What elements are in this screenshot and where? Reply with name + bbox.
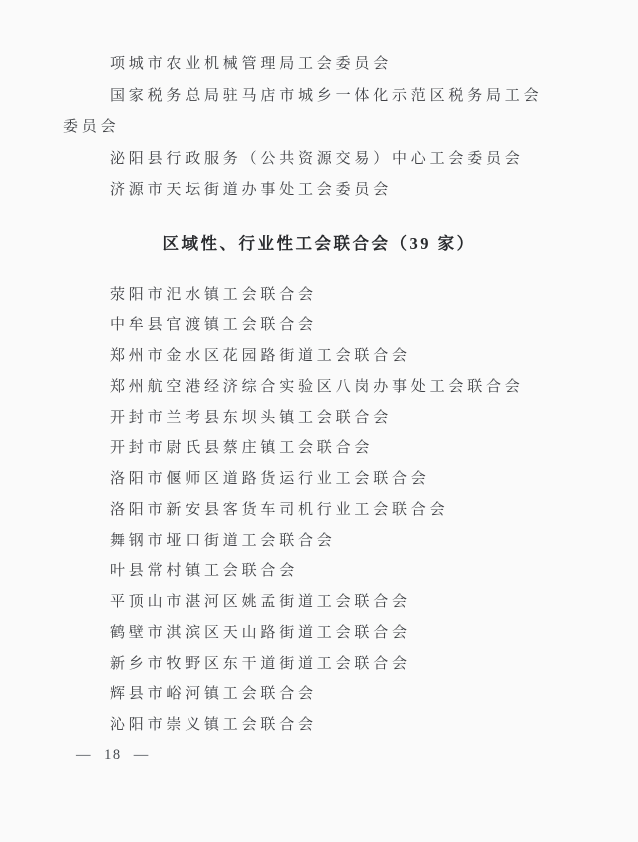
committee-item: 项城市农业机械管理局工会委员会 [63, 49, 575, 81]
federation-item: 辉县市峪河镇工会联合会 [63, 679, 575, 710]
federation-item: 叶县常村镇工会联合会 [63, 556, 575, 587]
page-number: — 18 — [76, 747, 150, 764]
federation-item: 平顶山市湛河区姚孟街道工会联合会 [63, 587, 575, 618]
federation-item: 洛阳市偃师区道路货运行业工会联合会 [63, 464, 575, 495]
federation-item: 郑州航空港经济综合实验区八岗办事处工会联合会 [63, 372, 575, 403]
federation-item: 中牟县官渡镇工会联合会 [63, 310, 575, 341]
federation-item: 洛阳市新安县客货车司机行业工会联合会 [63, 495, 575, 526]
federation-item: 开封市兰考县东坝头镇工会联合会 [63, 403, 575, 434]
federation-item: 开封市尉氏县蔡庄镇工会联合会 [63, 433, 575, 464]
committee-item: 泌阳县行政服务（公共资源交易）中心工会委员会 [63, 144, 575, 176]
federation-item: 沁阳市崇义镇工会联合会 [63, 710, 575, 741]
federation-item: 新乡市牧野区东干道街道工会联合会 [63, 649, 575, 680]
section-heading: 区域性、行业性工会联合会（39 家） [63, 230, 575, 258]
document-content: 项城市农业机械管理局工会委员会 国家税务总局驻马店市城乡一体化示范区税务局工会 … [0, 0, 638, 741]
federation-item: 荥阳市汜水镇工会联合会 [63, 280, 575, 311]
committee-item-continuation: 委员会 [63, 112, 575, 144]
committee-item: 济源市天坛街道办事处工会委员会 [63, 175, 575, 207]
document-page: 项城市农业机械管理局工会委员会 国家税务总局驻马店市城乡一体化示范区税务局工会 … [0, 0, 638, 842]
federation-item: 舞钢市垭口街道工会联合会 [63, 526, 575, 557]
federation-item: 鹤壁市淇滨区天山路街道工会联合会 [63, 618, 575, 649]
federation-item: 郑州市金水区花园路街道工会联合会 [63, 341, 575, 372]
committee-item: 国家税务总局驻马店市城乡一体化示范区税务局工会 [63, 81, 575, 113]
